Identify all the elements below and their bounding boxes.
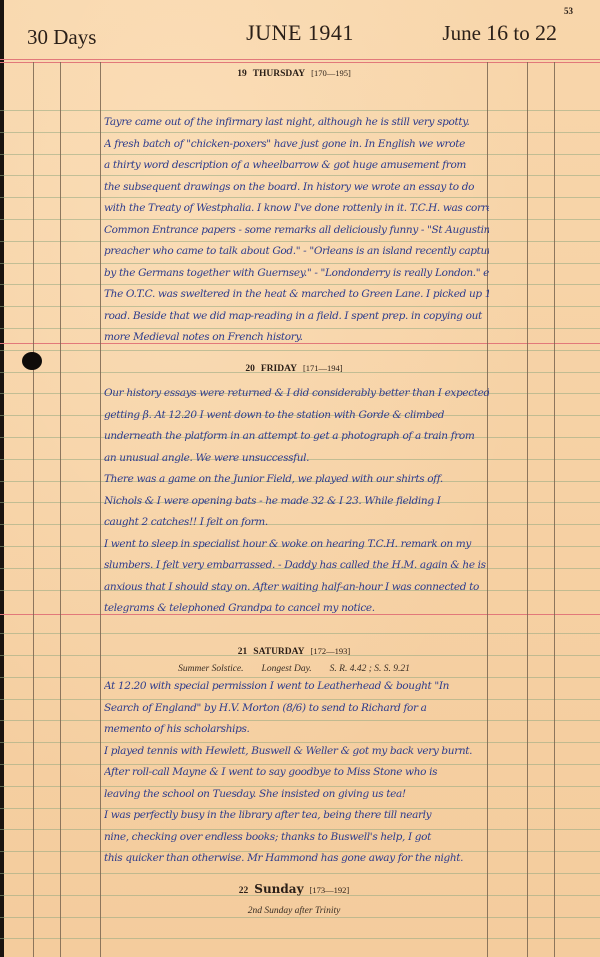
day-heading-saturday: 21SATURDAY[172—193]	[100, 646, 488, 657]
entry-line: Search of England" by H.V. Morton (8/6) …	[104, 698, 489, 720]
entry-line: memento of his scholarships.	[104, 719, 489, 741]
page-header: 30 Days JUNE 1941 June 16 to 22 53	[0, 0, 600, 58]
day-heading-thursday: 19THURSDAY[170—195]	[100, 68, 488, 79]
liturgical-note: 2nd Sunday after Trinity	[248, 906, 341, 916]
entry-line: this quicker than otherwise. Mr Hammond …	[104, 848, 489, 870]
diary-entry-thursday: Tayre came out of the infirmary last nig…	[104, 112, 489, 349]
day-name: FRIDAY	[261, 364, 297, 374]
entry-line: Nichols & I were opening bats - he made …	[104, 491, 489, 513]
ruled-line	[0, 350, 600, 351]
ruled-line	[0, 110, 600, 111]
entry-line: Our history essays were returned & I did…	[104, 383, 489, 405]
range-start: 16	[486, 20, 508, 45]
page-number: 53	[564, 6, 573, 16]
entry-line: slumbers. I felt very embarrassed. - Dad…	[104, 555, 489, 577]
day-name: THURSDAY	[253, 69, 305, 79]
day-count: [170—195]	[311, 68, 351, 78]
day-number: 22	[239, 886, 249, 896]
entry-line: the subsequent drawings on the board. In…	[104, 177, 489, 199]
margin-rule	[100, 62, 101, 957]
entry-line: I went to sleep in specialist hour & wok…	[104, 534, 489, 556]
entry-line: nine, checking over endless books; thank…	[104, 827, 489, 849]
range-prefix: June	[442, 21, 481, 45]
longest-day-note: Longest Day.	[262, 664, 312, 674]
entry-line: I was perfectly busy in the library afte…	[104, 805, 489, 827]
entry-line: more Medieval notes on French history.	[104, 327, 489, 349]
red-rule	[0, 62, 600, 63]
ruled-line	[0, 873, 600, 874]
day-heading-friday: 20FRIDAY[171—194]	[100, 363, 488, 374]
entry-line: There was a game on the Junior Field, we…	[104, 469, 489, 491]
day-number: 21	[238, 647, 248, 657]
entry-line: an unusual angle. We were unsuccessful.	[104, 448, 489, 470]
entry-line: Tayre came out of the infirmary last nig…	[104, 112, 489, 134]
day-subtitle-sunday: 2nd Sunday after Trinity	[100, 906, 488, 916]
entry-line: A fresh batch of "chicken-poxers" have j…	[104, 134, 489, 156]
range-to: to	[513, 21, 529, 45]
entry-line: After roll-call Mayne & I went to say go…	[104, 762, 489, 784]
entry-line: The O.T.C. was sweltered in the heat & m…	[104, 284, 489, 306]
range-end: 22	[535, 20, 557, 45]
day-name: Sunday	[254, 882, 303, 896]
entry-line: telegrams & telephoned Grandpa to cancel…	[104, 598, 489, 620]
ruled-line	[0, 917, 600, 918]
sunrise-sunset-note: S. R. 4.42 ; S. S. 9.21	[330, 664, 410, 674]
margin-rule	[554, 62, 555, 957]
day-count: [173—192]	[310, 885, 350, 895]
day-number: 19	[237, 69, 247, 79]
entry-line: leaving the school on Tuesday. She insis…	[104, 784, 489, 806]
entry-line: caught 2 catches!! I felt on form.	[104, 512, 489, 534]
day-heading-sunday: 22Sunday[173—192]	[100, 882, 488, 896]
solstice-note: Summer Solstice.	[178, 664, 243, 674]
entry-line: preacher who came to talk about God." - …	[104, 241, 489, 263]
margin-rule	[60, 62, 61, 957]
diary-page: 30 Days JUNE 1941 June 16 to 22 53 19THU…	[0, 0, 600, 957]
entry-line: underneath the platform in an attempt to…	[104, 426, 489, 448]
day-number: 20	[245, 364, 255, 374]
ruled-line	[0, 633, 600, 634]
day-subtitle-saturday: Summer Solstice.Longest Day.S. R. 4.42 ;…	[100, 664, 488, 674]
week-range: June 16 to 22	[442, 20, 557, 46]
diary-entry-friday: Our history essays were returned & I did…	[104, 383, 489, 620]
entry-line: getting β. At 12.20 I went down to the s…	[104, 405, 489, 427]
entry-line: I played tennis with Hewlett, Buswell & …	[104, 741, 489, 763]
day-count: [172—193]	[311, 646, 351, 656]
entry-line: a thirty word description of a wheelbarr…	[104, 155, 489, 177]
margin-rule	[527, 62, 528, 957]
entry-line: road. Beside that we did map-reading in …	[104, 306, 489, 328]
page-binding-edge	[0, 0, 4, 957]
day-count: [171—194]	[303, 363, 343, 373]
diary-entry-saturday: At 12.20 with special permission I went …	[104, 676, 489, 870]
punch-hole	[22, 352, 42, 370]
red-rule	[0, 59, 600, 60]
entry-line: At 12.20 with special permission I went …	[104, 676, 489, 698]
entry-line: by the Germans together with Guernsey." …	[104, 263, 489, 285]
ruled-line	[0, 938, 600, 939]
margin-rule	[33, 62, 34, 957]
entry-line: with the Treaty of Westphalia. I know I'…	[104, 198, 489, 220]
day-name: SATURDAY	[253, 647, 304, 657]
entry-line: anxious that I should stay on. After wai…	[104, 577, 489, 599]
entry-line: Common Entrance papers - some remarks al…	[104, 220, 489, 242]
